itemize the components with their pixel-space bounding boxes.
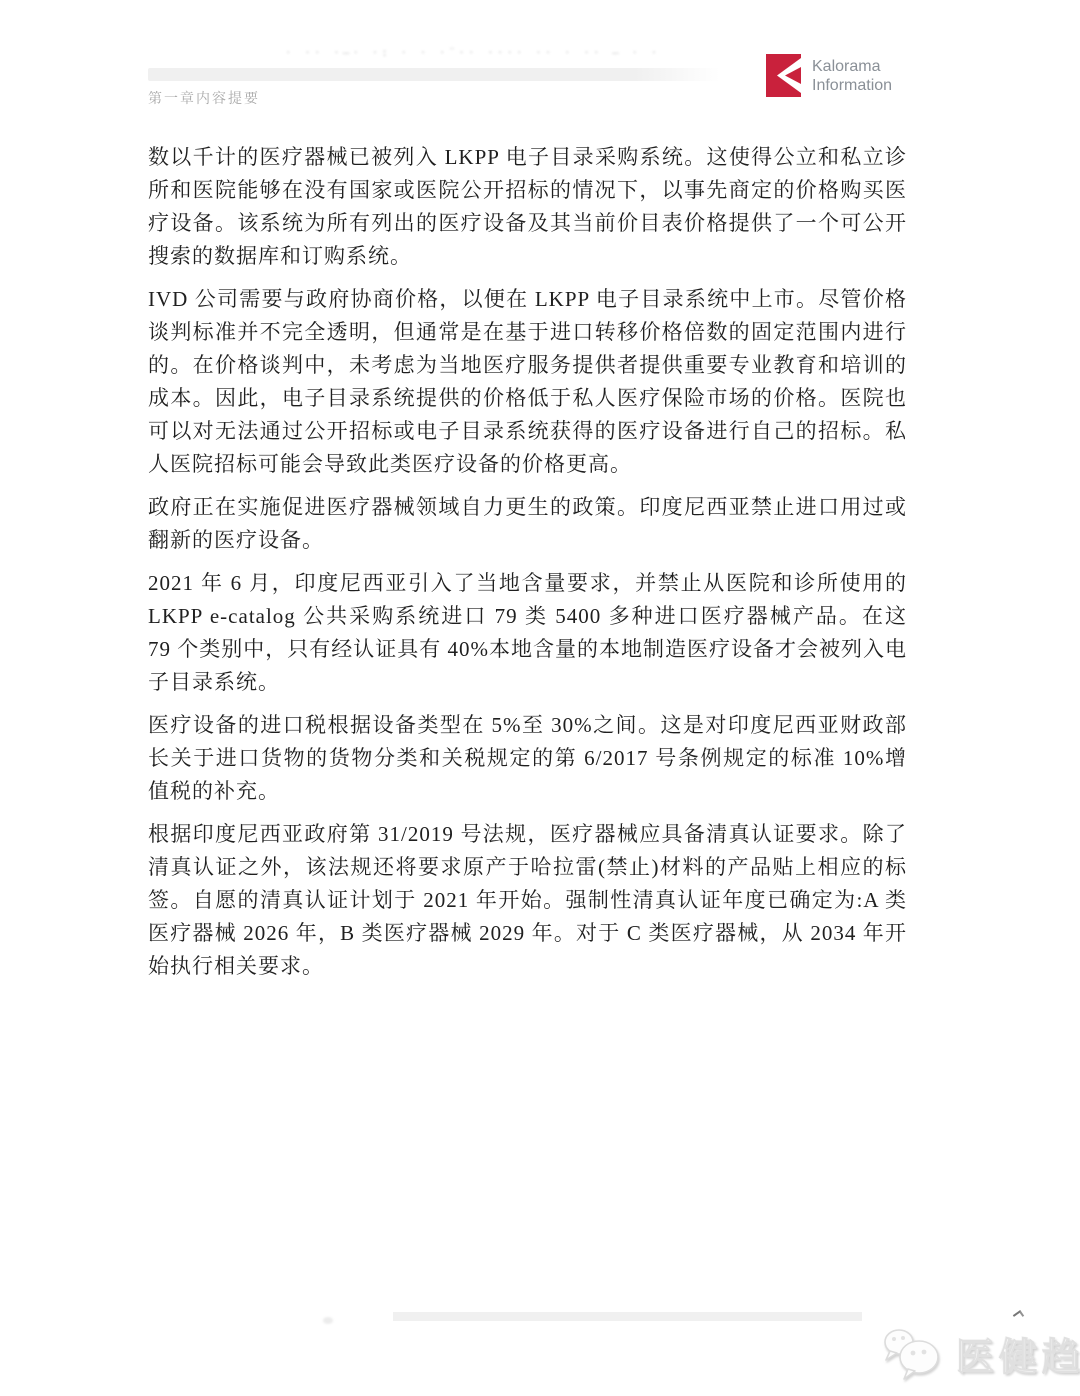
document-body: 数以千计的医疗器械已被列入 LKPP 电子目录采购系统。这使得公立和私立诊所和医… (148, 141, 907, 993)
wechat-watermark: 医健趋势 (882, 1326, 1080, 1381)
chapter-header-label: 第一章内容提要 (148, 88, 260, 108)
header-divider-bar (148, 68, 720, 81)
paragraph-local-content-requirement: 2021 年 6 月，印度尼西亚引入了当地含量要求，并禁止从医院和诊所使用的 L… (148, 567, 907, 699)
kalorama-k-icon (766, 54, 801, 97)
footer-tiny-mark (1013, 1310, 1024, 1321)
footer-smudge-mark (323, 1317, 333, 1324)
logo-text-line1: Kalorama (812, 57, 892, 76)
paragraph-halal-certification: 根据印度尼西亚政府第 31/2019 号法规，医疗器械应具备清真认证要求。除了清… (148, 818, 907, 983)
paragraph-self-reliance-policy: 政府正在实施促进医疗器械领域自力更生的政策。印度尼西亚禁止进口用过或翻新的医疗设… (148, 491, 907, 557)
watermark-label: 医健趋势 (956, 1326, 1080, 1381)
faded-running-title: · ·· ·—· ·: · · ·¨·· ···· ·· · ·· — · · (285, 46, 825, 62)
kalorama-logo: Kalorama Information (766, 54, 892, 97)
logo-text-line2: Information (812, 76, 892, 95)
footer-divider-bar (393, 1312, 862, 1321)
paragraph-lkpp-catalog: 数以千计的医疗器械已被列入 LKPP 电子目录采购系统。这使得公立和私立诊所和医… (148, 141, 907, 273)
paragraph-import-tax: 医疗设备的进口税根据设备类型在 5%至 30%之间。这是对印度尼西亚财政部长关于… (148, 709, 907, 808)
kalorama-logo-text: Kalorama Information (812, 57, 892, 95)
paragraph-ivd-pricing: IVD 公司需要与政府协商价格，以便在 LKPP 电子目录系统中上市。尽管价格谈… (148, 283, 907, 481)
wechat-icon (882, 1327, 948, 1381)
